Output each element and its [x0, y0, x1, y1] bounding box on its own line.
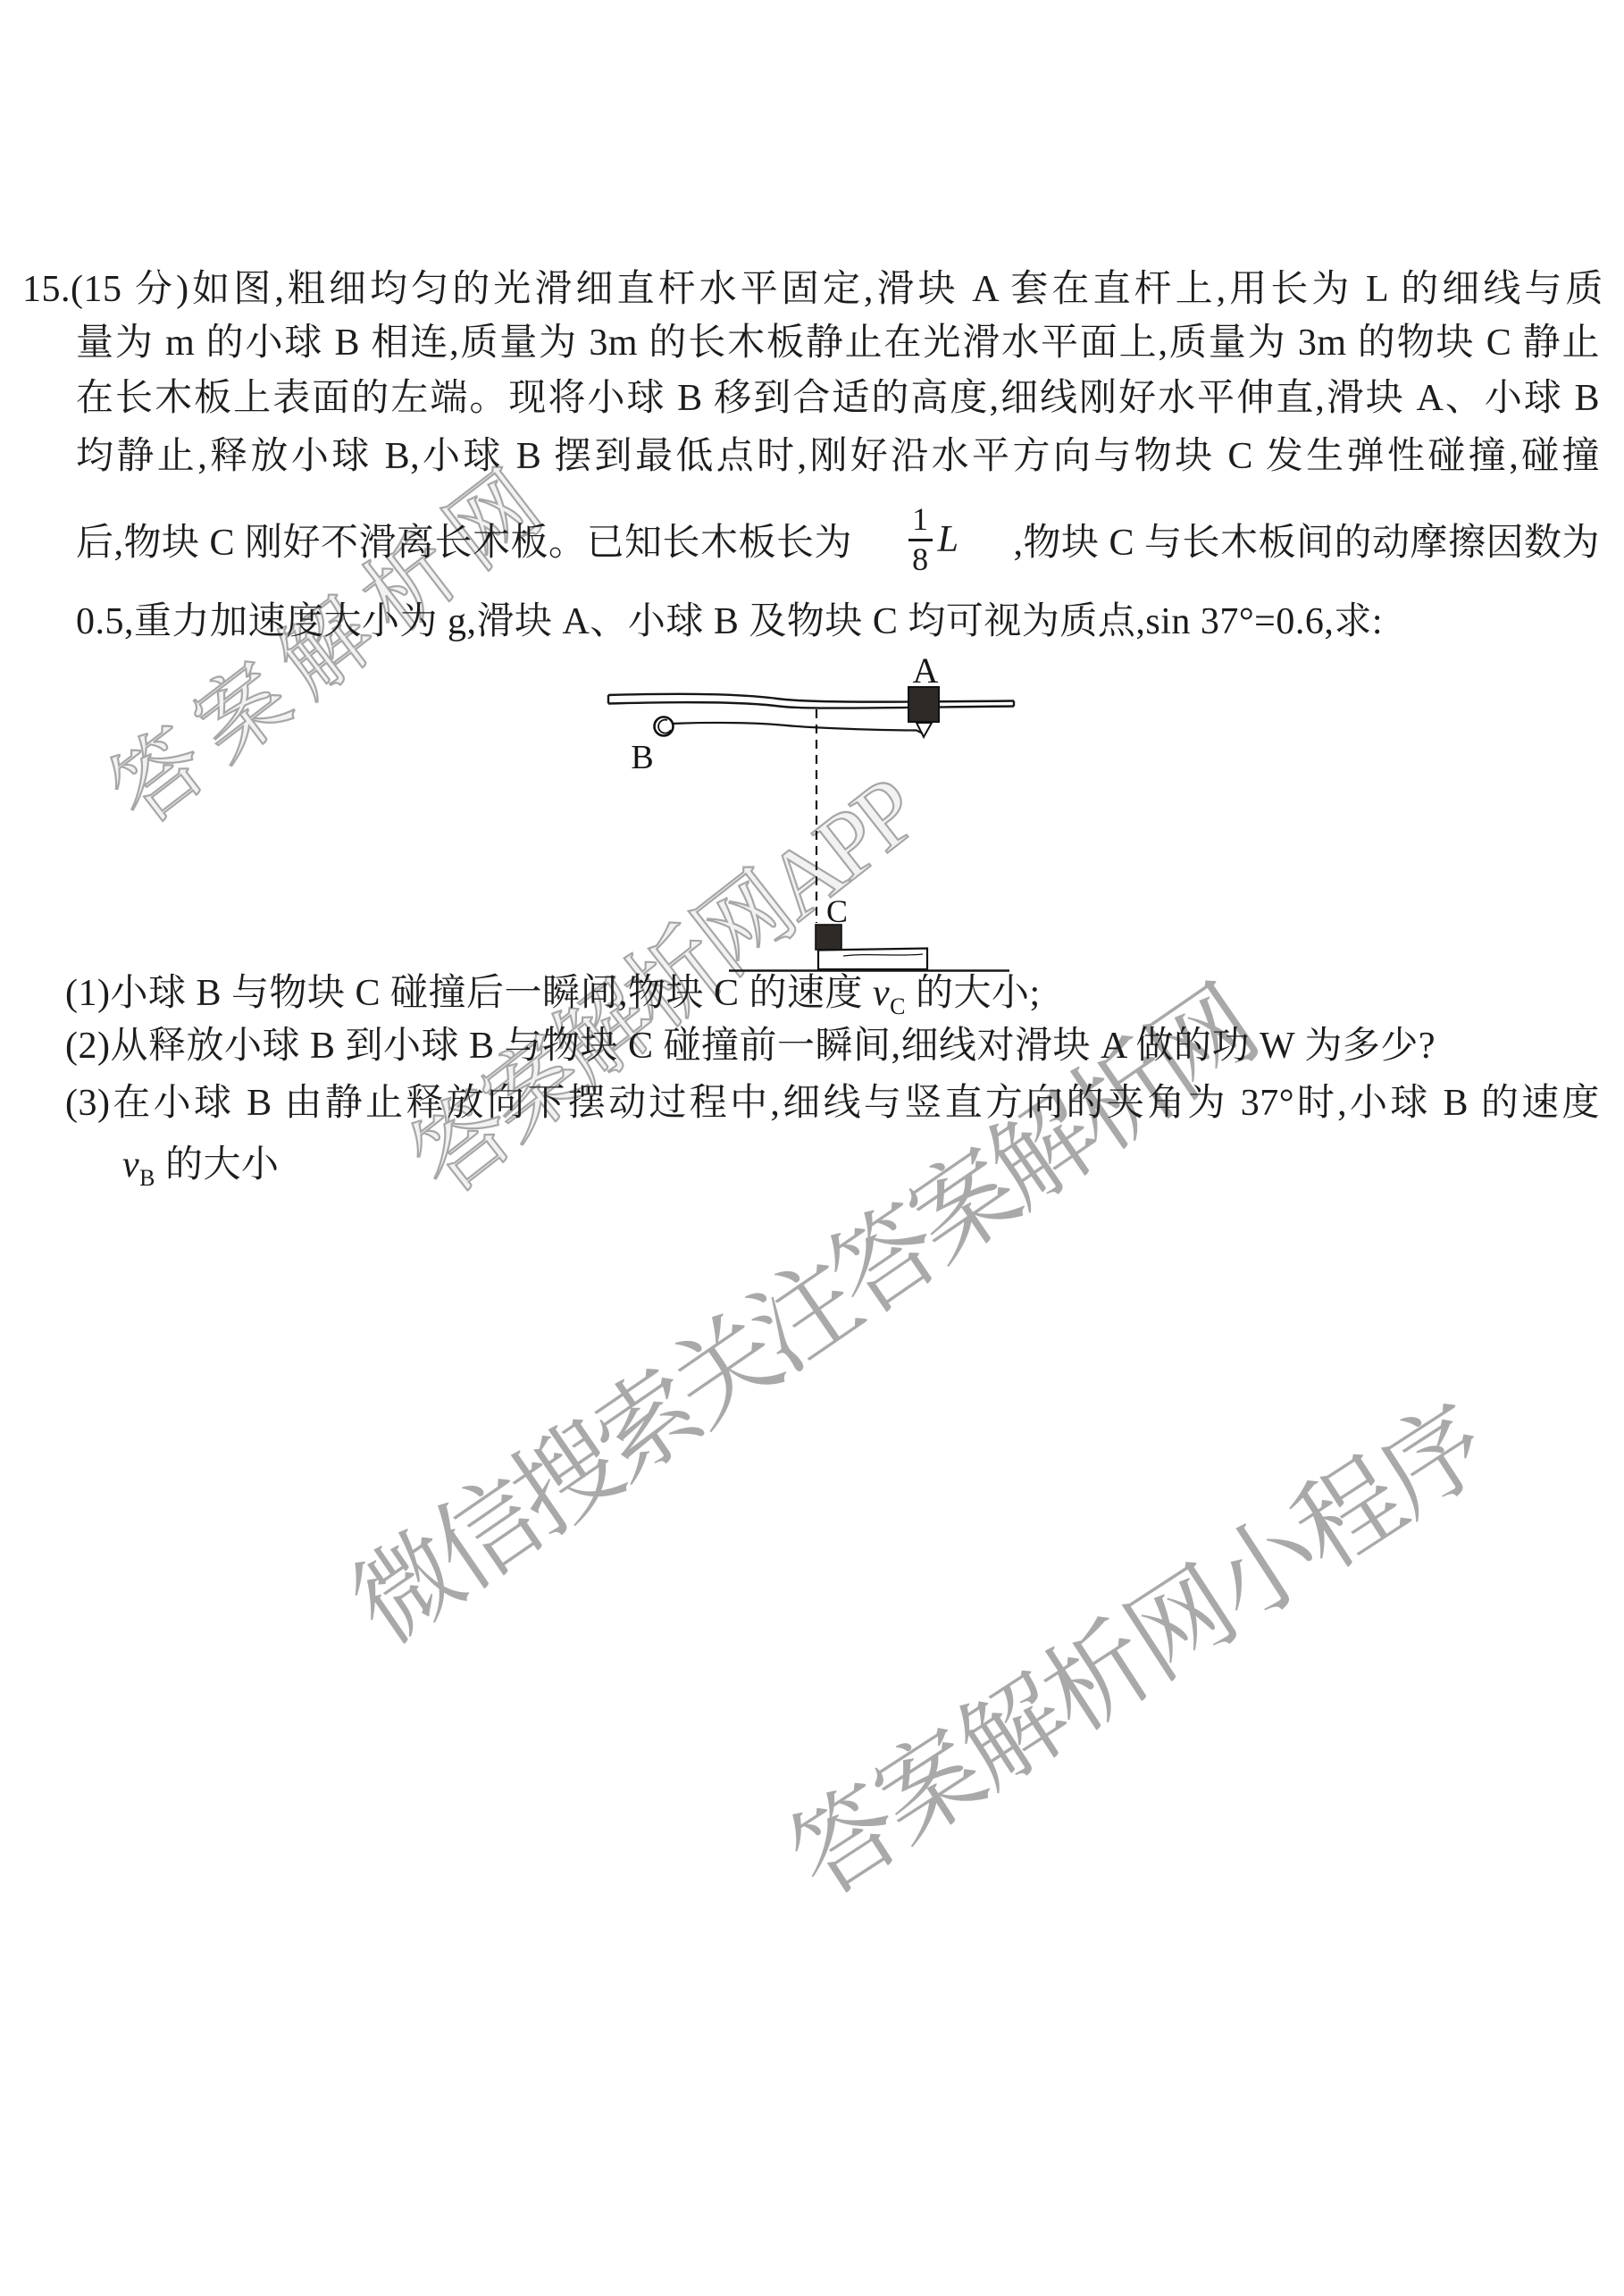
- problem-line-4: 均静止,释放小球 B,小球 B 摆到最低点时,刚好沿水平方向与物块 C 发生弹性…: [76, 435, 1600, 480]
- physics-figure: A B C: [581, 649, 1045, 983]
- fraction-coefficient-L: L: [938, 518, 959, 561]
- problem-line-5: 后,物块 C 刚好不滑离长木板。已知长木板长为 1 8 L ,物块 C 与长木板…: [76, 490, 1600, 590]
- problem-line-2: 量为 m 的小球 B 相连,质量为 3m 的长木板静止在光滑水平面上,质量为 3…: [76, 322, 1600, 366]
- slider-a-block: [908, 687, 939, 722]
- vb-subscript: B: [139, 1165, 155, 1191]
- question-3-tail: 的大小: [155, 1144, 280, 1186]
- figure-rod: [608, 694, 1014, 708]
- question-3-continued: vB 的大小: [122, 1144, 280, 1193]
- block-c: [816, 925, 841, 950]
- exam-page: 答案解析网 答案解析网APP 微信搜索关注答案解析网 答案解析网小程序 15.(…: [0, 0, 1624, 2296]
- question-2: (2)从释放小球 B 到小球 B 与物块 C 碰撞前一瞬间,细线对滑块 A 做的…: [65, 1025, 1436, 1069]
- line5-text-after-fraction: ,物块 C 与长木板间的动摩擦因数为: [1013, 513, 1600, 566]
- string-hook-arrow: [917, 723, 932, 737]
- board-length-fraction: 1 8 L: [907, 501, 958, 578]
- fraction-one-eighth: 1 8: [908, 501, 933, 578]
- fraction-denominator: 8: [908, 539, 933, 578]
- label-a: A: [913, 650, 939, 691]
- label-b: B: [631, 739, 653, 776]
- vb-symbol: v: [122, 1144, 139, 1186]
- question-1-tail: 的大小;: [906, 973, 1041, 1014]
- problem-line-6: 0.5,重力加速度大小为 g,滑块 A、小球 B 及物块 C 均可视为质点,si…: [76, 600, 1383, 645]
- line5-text-before-fraction: 后,物块 C 刚好不滑离长木板。已知长木板长为: [76, 513, 852, 566]
- wooden-board: [818, 949, 927, 970]
- question-1-text: (1)小球 B 与物块 C 碰撞后一瞬间,物块 C 的速度: [65, 973, 873, 1014]
- problem-line-3: 在长木板上表面的左端。现将小球 B 移到合适的高度,细线刚好水平伸直,滑块 A、…: [76, 377, 1600, 422]
- label-c: C: [826, 893, 848, 929]
- question-1: (1)小球 B 与物块 C 碰撞后一瞬间,物块 C 的速度 vC 的大小;: [65, 972, 1041, 1021]
- problem-line-1: 15.(15 分)如图,粗细均匀的光滑细直杆水平固定,滑块 A 套在直杆上,用长…: [22, 268, 1603, 313]
- vc-symbol: v: [873, 973, 890, 1014]
- watermark-mini-program: 答案解析网小程序: [758, 1363, 1510, 1924]
- question-3: (3)在小球 B 由静止释放向下摆动过程中,细线与竖直方向的夹角为 37°时,小…: [65, 1082, 1600, 1127]
- string-line: [673, 723, 923, 733]
- fraction-numerator: 1: [908, 501, 933, 538]
- vc-subscript: C: [890, 993, 906, 1019]
